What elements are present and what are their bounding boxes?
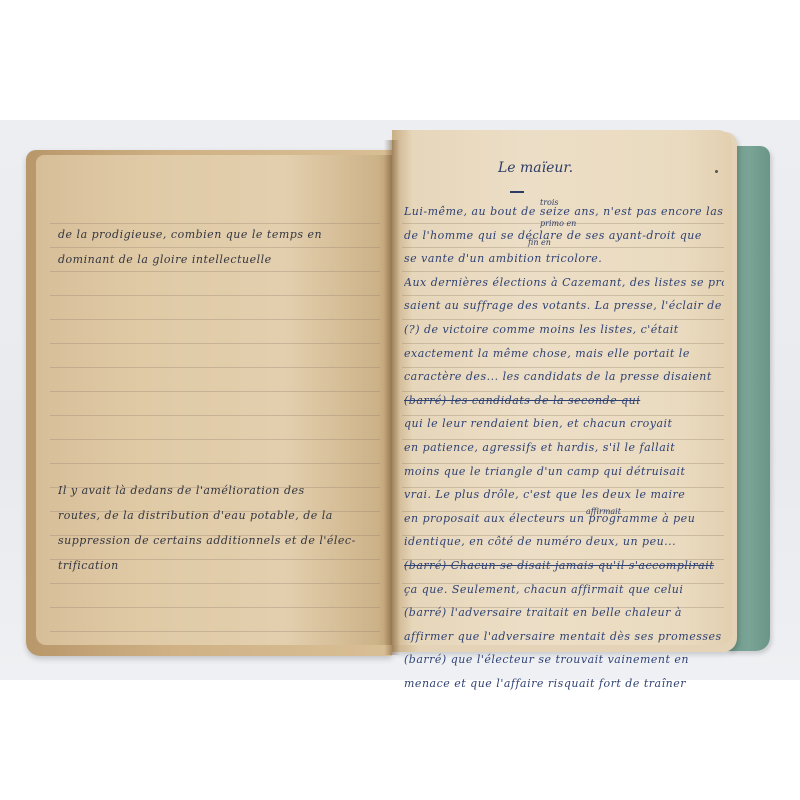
- handwritten-line: de l'homme qui se déclare de ses ayant-d…: [404, 224, 724, 248]
- handwritten-line: de la prodigieuse, combien que le temps …: [58, 222, 322, 247]
- handwritten-line: Lui-même, au bout de seize ans, n'est pa…: [404, 200, 724, 224]
- handwritten-line: dominant de la gloire intellectuelle: [58, 247, 322, 272]
- handwritten-line: affirmer que l'adversaire mentait dès se…: [404, 625, 724, 649]
- handwritten-line: vrai. Le plus drôle, c'est que les deux …: [404, 483, 724, 507]
- handwritten-line: en patience, agressifs et hardis, s'il l…: [404, 436, 724, 460]
- page-title: Le maïeur.: [498, 160, 573, 176]
- handwritten-line: menace et que l'affaire risquait fort de…: [404, 672, 724, 696]
- handwritten-line: caractère des... les candidats de la pre…: [404, 365, 724, 389]
- title-dash: [510, 191, 524, 193]
- left-bottom-paragraph: Il y avait là dedans de l'amélioration d…: [58, 478, 356, 578]
- handwritten-line: (barré) Chacun se disait jamais qu'il s'…: [404, 554, 724, 578]
- ink-dot: [715, 170, 718, 173]
- handwritten-line: trification: [58, 553, 356, 578]
- handwritten-line: (barré) que l'électeur se trouvait vaine…: [404, 648, 724, 672]
- handwritten-line: moins que le triangle d'un camp qui détr…: [404, 460, 724, 484]
- handwritten-line: (barré) les candidats de la seconde qui: [404, 389, 724, 413]
- right-page-text: Lui-même, au bout de seize ans, n'est pa…: [404, 200, 724, 695]
- handwritten-line: identique, en côté de numéro deux, un pe…: [404, 530, 724, 554]
- handwritten-line: suppression de certains additionnels et …: [58, 528, 356, 553]
- handwritten-line: exactement la même chose, mais elle port…: [404, 342, 724, 366]
- handwritten-line: Aux dernières élections à Cazemant, des …: [404, 271, 724, 295]
- handwritten-line: (barré) l'adversaire traitait en belle c…: [404, 601, 724, 625]
- handwritten-line: Il y avait là dedans de l'amélioration d…: [58, 478, 356, 503]
- handwritten-line: (?) de victoire comme moins les listes, …: [404, 318, 724, 342]
- handwritten-line: ça que. Seulement, chacun affirmait que …: [404, 578, 724, 602]
- notebook-gutter: [384, 140, 400, 655]
- handwritten-line: en proposait aux électeurs un programme …: [404, 507, 724, 531]
- left-top-paragraph: de la prodigieuse, combien que le temps …: [58, 222, 322, 272]
- handwritten-line: se vante d'un ambition tricolore.: [404, 247, 724, 271]
- handwritten-line: saient au suffrage des votants. La press…: [404, 294, 724, 318]
- handwritten-line: qui le leur rendaient bien, et chacun cr…: [404, 412, 724, 436]
- handwritten-line: routes, de la distribution d'eau potable…: [58, 503, 356, 528]
